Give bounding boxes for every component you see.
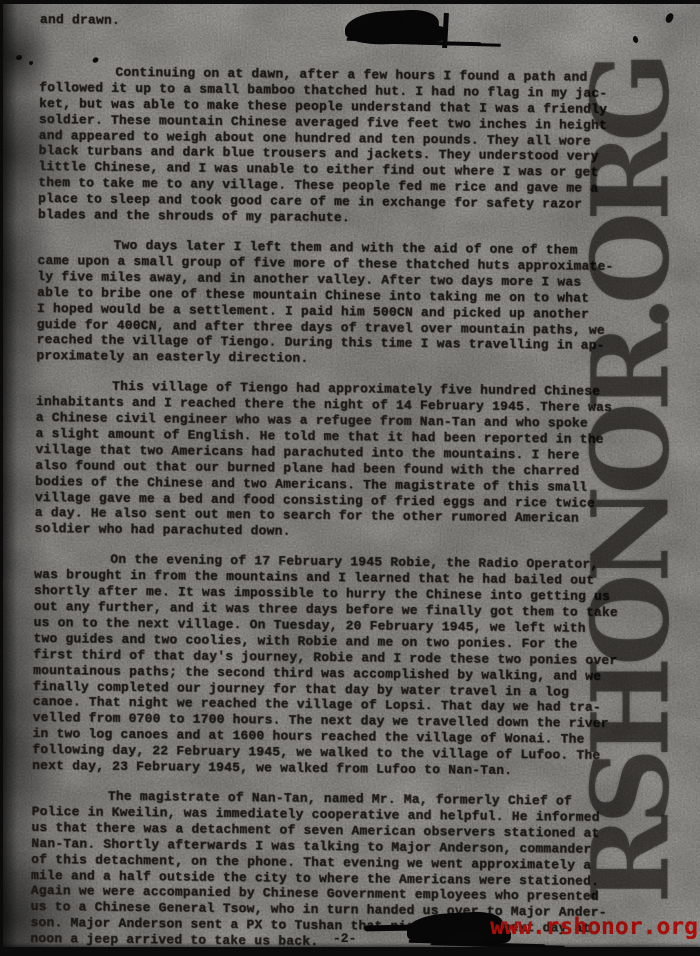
report-paragraph-1: Continuing on at dawn, after a few hours… [38,64,654,229]
report-text-block: and drawn. Continuing on at dawn, after … [30,12,654,953]
report-paragraph-4: On the evening of 17 February 1945 Robie… [32,551,648,780]
scan-edge-bottom [0,947,700,956]
report-paragraph-3: This village of Tiengo had approximately… [34,378,650,543]
scan-edge-left [0,0,3,956]
page-number: -2- [333,931,356,946]
watermark-url: www.rshonor.org [490,914,698,940]
scan-edge-top [0,0,700,4]
redaction-ink-bar [345,24,447,42]
report-paragraph-2: Two days later I left them and with the … [36,237,651,371]
vertical-watermark-text: RSHONOR.ORG [568,60,693,903]
scanned-report-page: and drawn. Continuing on at dawn, after … [0,0,700,956]
redaction-scribble-top [342,10,444,50]
redaction-ink-tail [364,925,412,932]
